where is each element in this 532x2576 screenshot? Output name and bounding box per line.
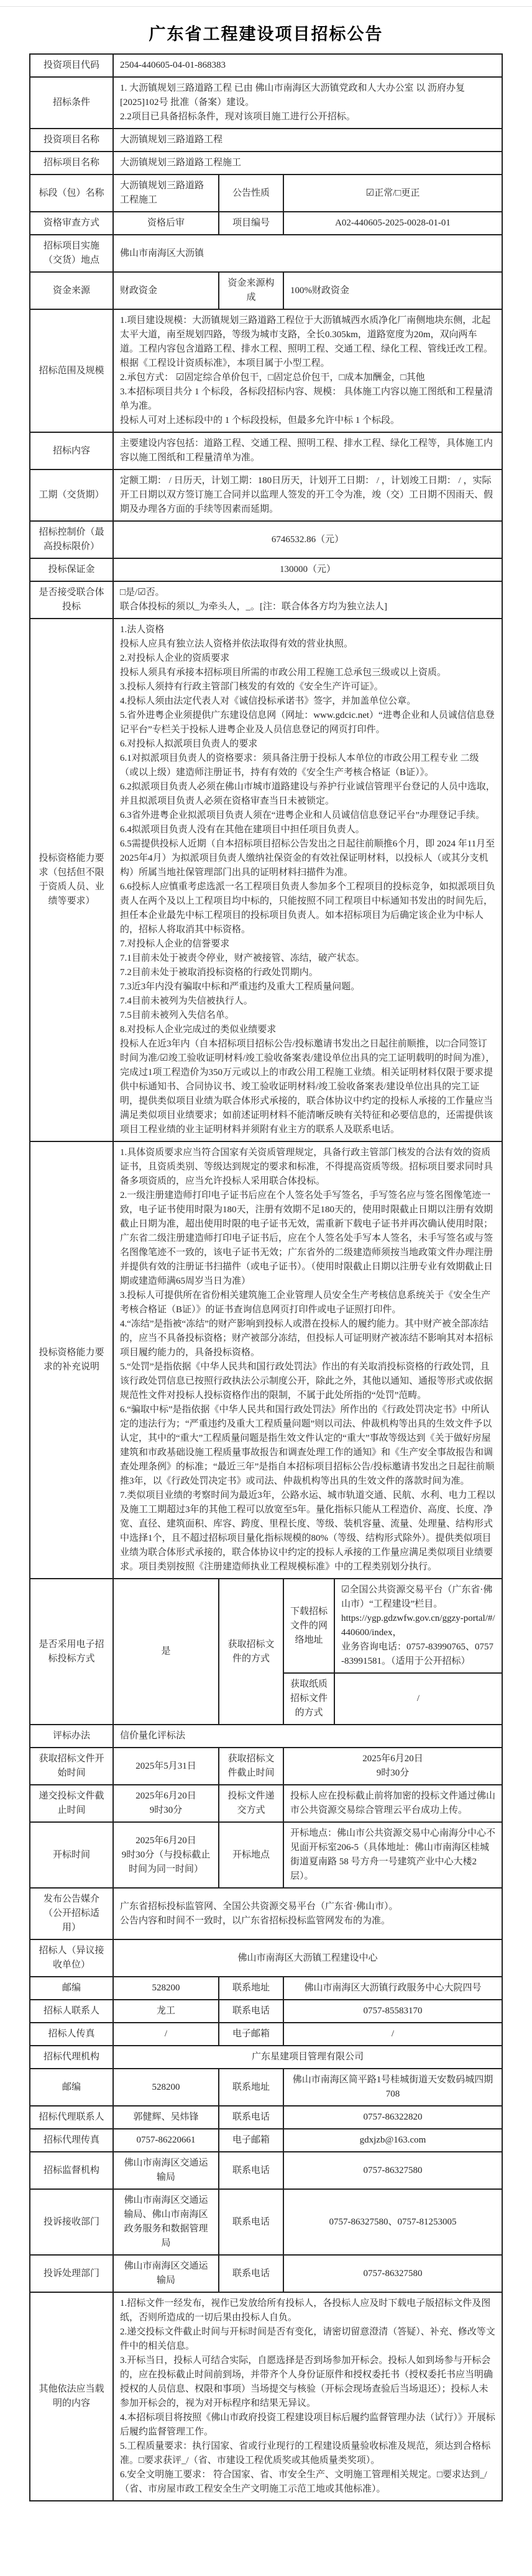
tenderer-contact-value: 龙工 [113,2000,219,2023]
row-section-name: 标段（包）名称 大沥镇规划三路道路工程施工 公告性质 ☑正常/□更正 [30,175,502,212]
tenderer-label: 招标人（异议接收单位） [30,1939,113,1977]
agency-fax-label: 招标代理传真 [30,2129,113,2152]
media-label: 发布公告媒介（公开招标适用） [30,1888,113,1939]
doc-deadline-label: 获取招标文件截止时间 [219,1748,283,1785]
project-number-value: A02-440605-2025-0028-01-01 [283,212,502,235]
tender-project-name-value: 大沥镇规划三路道路工程施工 [113,152,502,175]
agency-phone-label: 联系电话 [219,2106,283,2129]
duration-value: 定额工期： / 日历天，计划工期：180日历天，计划开工日期： / ，计划竣工日… [113,469,502,521]
top-divider [0,6,532,7]
row-control-price: 招标控制价（最高投标限价） 6746532.86（元） [30,521,502,558]
row-e-bidding: 是否采用电子招标投标方式 是 获取招标文件的方式 下载招标文件的网络地址 ☑全国… [30,1579,502,1673]
agency-label: 招标代理机构 [30,2046,113,2069]
row-tender-conditions: 招标条件 1. 大沥镇规划三路道路工程 已由 佛山市南海区大沥镇党政和人大办公室… [30,77,502,129]
download-address-label: 下载招标文件的网络地址 [283,1579,334,1673]
submission-deadline-label: 递交投标文件截止时间 [30,1785,113,1822]
qualification-supplement-value: 1.具体资质要求应当符合国家有关资质管理规定，具备行政主管部门核发的合法有效的资… [113,1141,502,1579]
location-value: 佛山市南海区大沥镇 [113,235,502,272]
submission-method-value: 投标人应在投标截止前将加密的投标文件通过佛山市公共资源交易综合管理云平台成功上传… [283,1785,502,1822]
agency-contact-value: 郭健辉、吴炜锋 [113,2106,219,2129]
tender-conditions-label: 招标条件 [30,77,113,129]
submission-method-label: 投标文件递交方式 [219,1785,283,1822]
row-tender-content: 招标内容 主要建设内容包括：道路工程、交通工程、照明工程、排水工程、绿化工程等，… [30,432,502,469]
agency-email-label: 电子邮箱 [219,2129,283,2152]
supervision-value: 佛山市南海区交通运输局 [113,2152,219,2189]
evaluation-method-label: 评标办法 [30,1725,113,1748]
qualification-requirements-value: 1.法人资格 投标人应具有独立法人资格并依法取得有效的营业执照。 2.对投标人企… [113,619,502,1141]
tenderer-phone-label: 联系电话 [219,2000,283,2023]
tenderer-email-value: / [283,2023,502,2046]
project-code-value: 2504-440605-04-01-868383 [113,54,502,77]
agency-phone-value: 0757-86322820 [283,2106,502,2129]
doc-deadline-value: 2025年6月20日 9时30分 [283,1748,502,1785]
tender-content-label: 招标内容 [30,432,113,469]
other-content-label: 其他依法应当载明的内容 [30,2292,113,2501]
row-bid-bond: 投标保证金 130000（元） [30,558,502,581]
tender-content-value: 主要建设内容包括：道路工程、交通工程、照明工程、排水工程、绿化工程等，具体施工内… [113,432,502,469]
row-project-code: 投资项目代码 2504-440605-04-01-868383 [30,54,502,77]
scope-value: 1.项目建设规模：大沥镇规划三路道路工程位于大沥镇城西水质净化厂南侧地块东侧，北… [113,309,502,432]
section-name-label: 标段（包）名称 [30,175,113,212]
agency-postcode-label: 邮编 [30,2069,113,2106]
paper-documents-label: 获取纸质招标文件的方式 [283,1673,334,1725]
agency-fax-value: 0757-86220661 [113,2129,219,2152]
complaint-receive-value: 佛山市南海区交通运输局、佛山市南海区政务服务和数据管理局 [113,2189,219,2255]
row-media: 发布公告媒介（公开招标适用） 广东省招标投标监管网、全国公共资源交易平台（广东省… [30,1888,502,1939]
announcement-table: 投资项目代码 2504-440605-04-01-868383 招标条件 1. … [29,53,503,2501]
row-bid-opening: 开标时间 2025年6月20日 9时30分（与投标截止时间为同一时间） 开标地点… [30,1822,502,1888]
complaint-receive-label: 投诉接收部门 [30,2189,113,2255]
supervision-phone-label: 联系电话 [219,2152,283,2189]
supervision-label: 招标监督机构 [30,2152,113,2189]
funding-source-label: 资金来源 [30,272,113,309]
supervision-phone-value: 0757-86327580 [283,2152,502,2189]
row-supervision: 招标监督机构 佛山市南海区交通运输局 联系电话 0757-86327580 [30,2152,502,2189]
consortium-value: □是/☑否。 联合体投标的须以_为牵头人，_。[注：联合体各方均为独立法人] [113,581,502,619]
row-tenderer-contact: 招标人联系人 龙工 联系电话 0757-85583170 [30,2000,502,2023]
row-tenderer: 招标人（异议接收单位） 佛山市南海区大沥镇工程建设中心 [30,1939,502,1977]
row-tenderer-fax: 招标人传真 / 电子邮箱 / [30,2023,502,2046]
row-tenderer-postcode: 邮编 528200 联系地址 佛山市南海区大沥镇行政服务中心大院四号 [30,1977,502,2000]
agency-address-label: 联系地址 [219,2069,283,2106]
duration-label: 工期（交货期） [30,469,113,521]
opening-place-label: 开标地点 [219,1822,283,1888]
control-price-value: 6746532.86（元） [113,521,502,558]
row-complaint-handle: 投诉处理部门 佛山市南海区交通运输局 联系电话 0757-86327580 [30,2255,502,2292]
consortium-label: 是否接受联合体投标 [30,581,113,619]
location-label: 招标项目实施（交货）地点 [30,235,113,272]
row-other-content: 其他依法应当载明的内容 1.招标文件一经发布，视作已发放给所有投标人，各投标人应… [30,2292,502,2501]
qualification-review-value: 资格后审 [113,212,219,235]
obtain-documents-label: 获取招标文件的方式 [219,1579,283,1725]
agency-postcode-value: 528200 [113,2069,219,2106]
tenderer-contact-label: 招标人联系人 [30,2000,113,2023]
notice-nature-value: ☑正常/□更正 [283,175,502,212]
row-consortium: 是否接受联合体投标 □是/☑否。 联合体投标的须以_为牵头人，_。[注：联合体各… [30,581,502,619]
tenderer-postcode-label: 邮编 [30,1977,113,2000]
complaint-receive-phone-label: 联系电话 [219,2189,283,2255]
project-code-label: 投资项目代码 [30,54,113,77]
row-agency-contact: 招标代理联系人 郭健辉、吴炜锋 联系电话 0757-86322820 [30,2106,502,2129]
tenderer-value: 佛山市南海区大沥镇工程建设中心 [113,1939,502,1977]
row-agency-fax: 招标代理传真 0757-86220661 电子邮箱 gdxjzb@163.com [30,2129,502,2152]
submission-deadline-value: 2025年6月20日 9时30分 [113,1785,219,1822]
doc-start-time-value: 2025年5月31日 [113,1748,219,1785]
tenderer-fax-value: / [113,2023,219,2046]
bid-bond-label: 投标保证金 [30,558,113,581]
row-scope: 招标范围及规模 1.项目建设规模：大沥镇规划三路道路工程位于大沥镇城西水质净化厂… [30,309,502,432]
evaluation-method-value: 信价量化评标法 [113,1725,502,1748]
control-price-label: 招标控制价（最高投标限价） [30,521,113,558]
agency-email-value: gdxjzb@163.com [283,2129,502,2152]
agency-address-value: 佛山市南海区简平路1号桂城街道天安数码城四期708 [283,2069,502,2106]
announcement-page: 广东省工程建设项目招标公告 投资项目代码 2504-440605-04-01-8… [0,6,532,2576]
investment-name-label: 投资项目名称 [30,129,113,152]
tender-conditions-value: 1. 大沥镇规划三路道路工程 已由 佛山市南海区大沥镇党政和人大办公室 以 沥府… [113,77,502,129]
row-evaluation-method: 评标办法 信价量化评标法 [30,1725,502,1748]
complaint-handle-value: 佛山市南海区交通运输局 [113,2255,219,2292]
complaint-handle-phone-label: 联系电话 [219,2255,283,2292]
page-title: 广东省工程建设项目招标公告 [0,20,532,45]
notice-nature-label: 公告性质 [219,175,283,212]
tenderer-phone-value: 0757-85583170 [283,2000,502,2023]
doc-start-time-label: 获取招标文件开始时间 [30,1748,113,1785]
download-address-value: ☑全国公共资源交易平台（广东省·佛山市）“工程建设”栏目。 https://yg… [334,1579,502,1673]
agency-value: 广东星建项目管理有限公司 [113,2046,502,2069]
row-tender-project-name: 招标项目名称 大沥镇规划三路道路工程施工 [30,152,502,175]
tenderer-email-label: 电子邮箱 [219,2023,283,2046]
row-funding: 资金来源 财政资金 资金来源构成 100%财政资金 [30,272,502,309]
row-duration: 工期（交货期） 定额工期： / 日历天，计划工期：180日历天，计划开工日期： … [30,469,502,521]
complaint-handle-label: 投诉处理部门 [30,2255,113,2292]
row-qualification-review: 资格审查方式 资格后审 项目编号 A02-440605-2025-0028-01… [30,212,502,235]
row-location: 招标项目实施（交货）地点 佛山市南海区大沥镇 [30,235,502,272]
other-content-value: 1.招标文件一经发布，视作已发放给所有投标人，各投标人应及时下载电子版招标文件及… [113,2292,502,2501]
tenderer-address-value: 佛山市南海区大沥镇行政服务中心大院四号 [283,1977,502,2000]
paper-documents-value: / [334,1673,502,1725]
tenderer-postcode-value: 528200 [113,1977,219,2000]
investment-name-value: 大沥镇规划三路道路工程 [113,129,502,152]
agency-contact-label: 招标代理联系人 [30,2106,113,2129]
tenderer-fax-label: 招标人传真 [30,2023,113,2046]
row-agency-postcode: 邮编 528200 联系地址 佛山市南海区简平路1号桂城街道天安数码城四期708 [30,2069,502,2106]
qualification-requirements-label: 投标资格能力要求（包括但不限于资质人员、业绩等要求） [30,619,113,1141]
complaint-receive-phone-value: 0757-86327580、0757-81253005 [283,2189,502,2255]
qualification-supplement-label: 投标资格能力要求的补充说明 [30,1141,113,1579]
opening-time-label: 开标时间 [30,1822,113,1888]
opening-place-value: 开标地点：佛山市公共资源交易中心南海分中心不见面开标室206-5（具体地址：佛山… [283,1822,502,1888]
tenderer-address-label: 联系地址 [219,1977,283,2000]
row-agency: 招标代理机构 广东星建项目管理有限公司 [30,2046,502,2069]
row-complaint-receive: 投诉接收部门 佛山市南海区交通运输局、佛山市南海区政务服务和数据管理局 联系电话… [30,2189,502,2255]
qualification-review-label: 资格审查方式 [30,212,113,235]
funding-source-value: 财政资金 [113,272,219,309]
row-investment-name: 投资项目名称 大沥镇规划三路道路工程 [30,129,502,152]
opening-time-value: 2025年6月20日 9时30分（与投标截止时间为同一时间） [113,1822,219,1888]
row-qualification-supplement: 投标资格能力要求的补充说明 1.具体资质要求应当符合国家有关资质管理规定，具备行… [30,1141,502,1579]
complaint-handle-phone-value: 0757-86327580 [283,2255,502,2292]
section-name-value: 大沥镇规划三路道路工程施工 [113,175,219,212]
funding-composition-value: 100%财政资金 [283,272,502,309]
funding-composition-label: 资金来源构成 [219,272,283,309]
project-number-label: 项目编号 [219,212,283,235]
scope-label: 招标范围及规模 [30,309,113,432]
bid-bond-value: 130000（元） [113,558,502,581]
e-bidding-value: 是 [113,1579,219,1725]
e-bidding-label: 是否采用电子招标投标方式 [30,1579,113,1725]
media-value: 广东省招标投标监管网、全国公共资源交易平台（广东省·佛山市）。 公告内容和时间不… [113,1888,502,1939]
row-qualification-requirements: 投标资格能力要求（包括但不限于资质人员、业绩等要求） 1.法人资格 投标人应具有… [30,619,502,1141]
tender-project-name-label: 招标项目名称 [30,152,113,175]
row-document-time: 获取招标文件开始时间 2025年5月31日 获取招标文件截止时间 2025年6月… [30,1748,502,1785]
row-submission: 递交投标文件截止时间 2025年6月20日 9时30分 投标文件递交方式 投标人… [30,1785,502,1822]
